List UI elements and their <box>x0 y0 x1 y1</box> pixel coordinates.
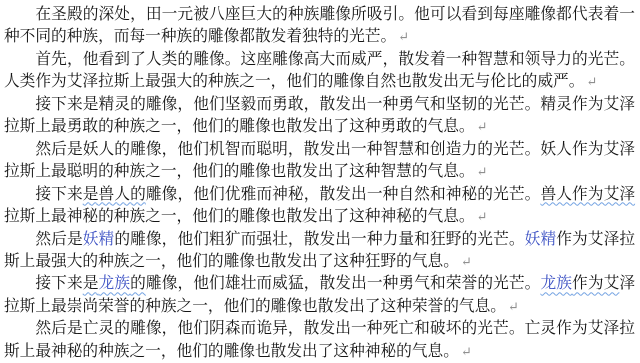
text-run: 雕像，他们优雅而神秘，散发出一种自然和神秘的光芒。 <box>146 186 541 203</box>
paragraph-mark-icon: ↵ <box>459 344 472 359</box>
text-run: 是 <box>83 275 99 292</box>
paragraph-mark-icon: ↵ <box>475 119 488 134</box>
race-term: 龙族 <box>99 275 131 292</box>
paragraph[interactable]: 然后是亡灵的雕像，他们阴森而诡异，散发出一种死亡和破坏的光芒。亡灵作为艾泽拉斯上… <box>4 318 635 363</box>
text-run: 接下来 <box>35 186 82 203</box>
paragraph-mark-icon: ↵ <box>584 74 597 89</box>
paragraph[interactable]: 在圣殿的深处，田一元被八座巨大的种族雕像所吸引。他可以看到每座雕像都代表着一种不… <box>4 4 635 49</box>
paragraph[interactable]: 接下来是精灵的雕像，他们坚毅而勇敢，散发出一种勇气和坚韧的光芒。精灵作为艾泽拉斯… <box>4 94 635 139</box>
document-page[interactable]: 在圣殿的深处，田一元被八座巨大的种族雕像所吸引。他可以看到每座雕像都代表着一种不… <box>0 0 640 363</box>
text-run: 接下来是精灵的雕像，他们坚毅而勇敢，散发出一种勇气和坚韧的光芒。精灵作为艾泽拉斯… <box>4 96 635 135</box>
text-run: 然后是 <box>35 231 82 248</box>
text-run: 的 <box>130 275 146 292</box>
paragraph[interactable]: 接下来是龙族的雕像，他们雄壮而威猛，散发出一种勇气和荣誉的光芒。龙族作为艾泽拉斯… <box>4 273 635 318</box>
text-run: 在圣殿的深处，田一元被八座巨大的种族雕像所吸引。他可以看到每座雕像都代表着一种不… <box>4 6 635 45</box>
paragraph[interactable]: 首先，他看到了人类的雕像。这座雕像高大而威严，散发着一种智慧和领导力的光芒。人类… <box>4 49 635 94</box>
race-term: 龙族 <box>540 275 572 292</box>
text-run: 雕像，他们雄壮而威猛，散发出一种勇气和荣誉的光芒。 <box>146 275 541 292</box>
paragraph-mark-icon: ↵ <box>475 209 488 224</box>
race-term: 妖精 <box>525 231 557 248</box>
text-run: 兽人作为艾泽 <box>540 186 635 203</box>
paragraph[interactable]: 接下来是兽人的雕像，他们优雅而神秘，散发出一种自然和神秘的光芒。兽人作为艾泽拉斯… <box>4 184 635 229</box>
text-run: 然后是妖人的雕像，他们机智而聪明，散发出一种智慧和创造力的光芒。妖人作为艾泽拉斯… <box>4 141 635 180</box>
text-run: 作为艾 <box>572 275 619 292</box>
paragraph-mark-icon: ↵ <box>475 164 488 179</box>
paragraph[interactable]: 然后是妖精的雕像，他们粗犷而强壮，散发出一种力量和狂野的光芒。妖精作为艾泽拉斯上… <box>4 229 635 274</box>
paragraph[interactable]: 然后是妖人的雕像，他们机智而聪明，散发出一种智慧和创造力的光芒。妖人作为艾泽拉斯… <box>4 139 635 184</box>
text-run: 然后是亡灵的雕像，他们阴森而诡异，散发出一种死亡和破坏的光芒。亡灵作为艾泽拉斯上… <box>4 320 635 359</box>
text-run: 是兽人的 <box>83 186 146 203</box>
race-term: 妖精 <box>83 231 115 248</box>
text-run: 拉斯上最神秘的种族之一，他们的雕像也散发出了这种神秘的气息。 <box>4 208 475 225</box>
text-run: 接下来 <box>35 275 82 292</box>
paragraph-mark-icon: ↵ <box>506 299 519 314</box>
paragraph-mark-icon: ↵ <box>396 29 409 44</box>
text-run: 的雕像，他们粗犷而强壮，散发出一种力量和狂野的光芒。 <box>114 231 524 248</box>
paragraph-mark-icon: ↵ <box>459 254 472 269</box>
text-run: 首先，他看到了人类的雕像。这座雕像高大而威严，散发着一种智慧和领导力的光芒。人类… <box>4 51 635 90</box>
